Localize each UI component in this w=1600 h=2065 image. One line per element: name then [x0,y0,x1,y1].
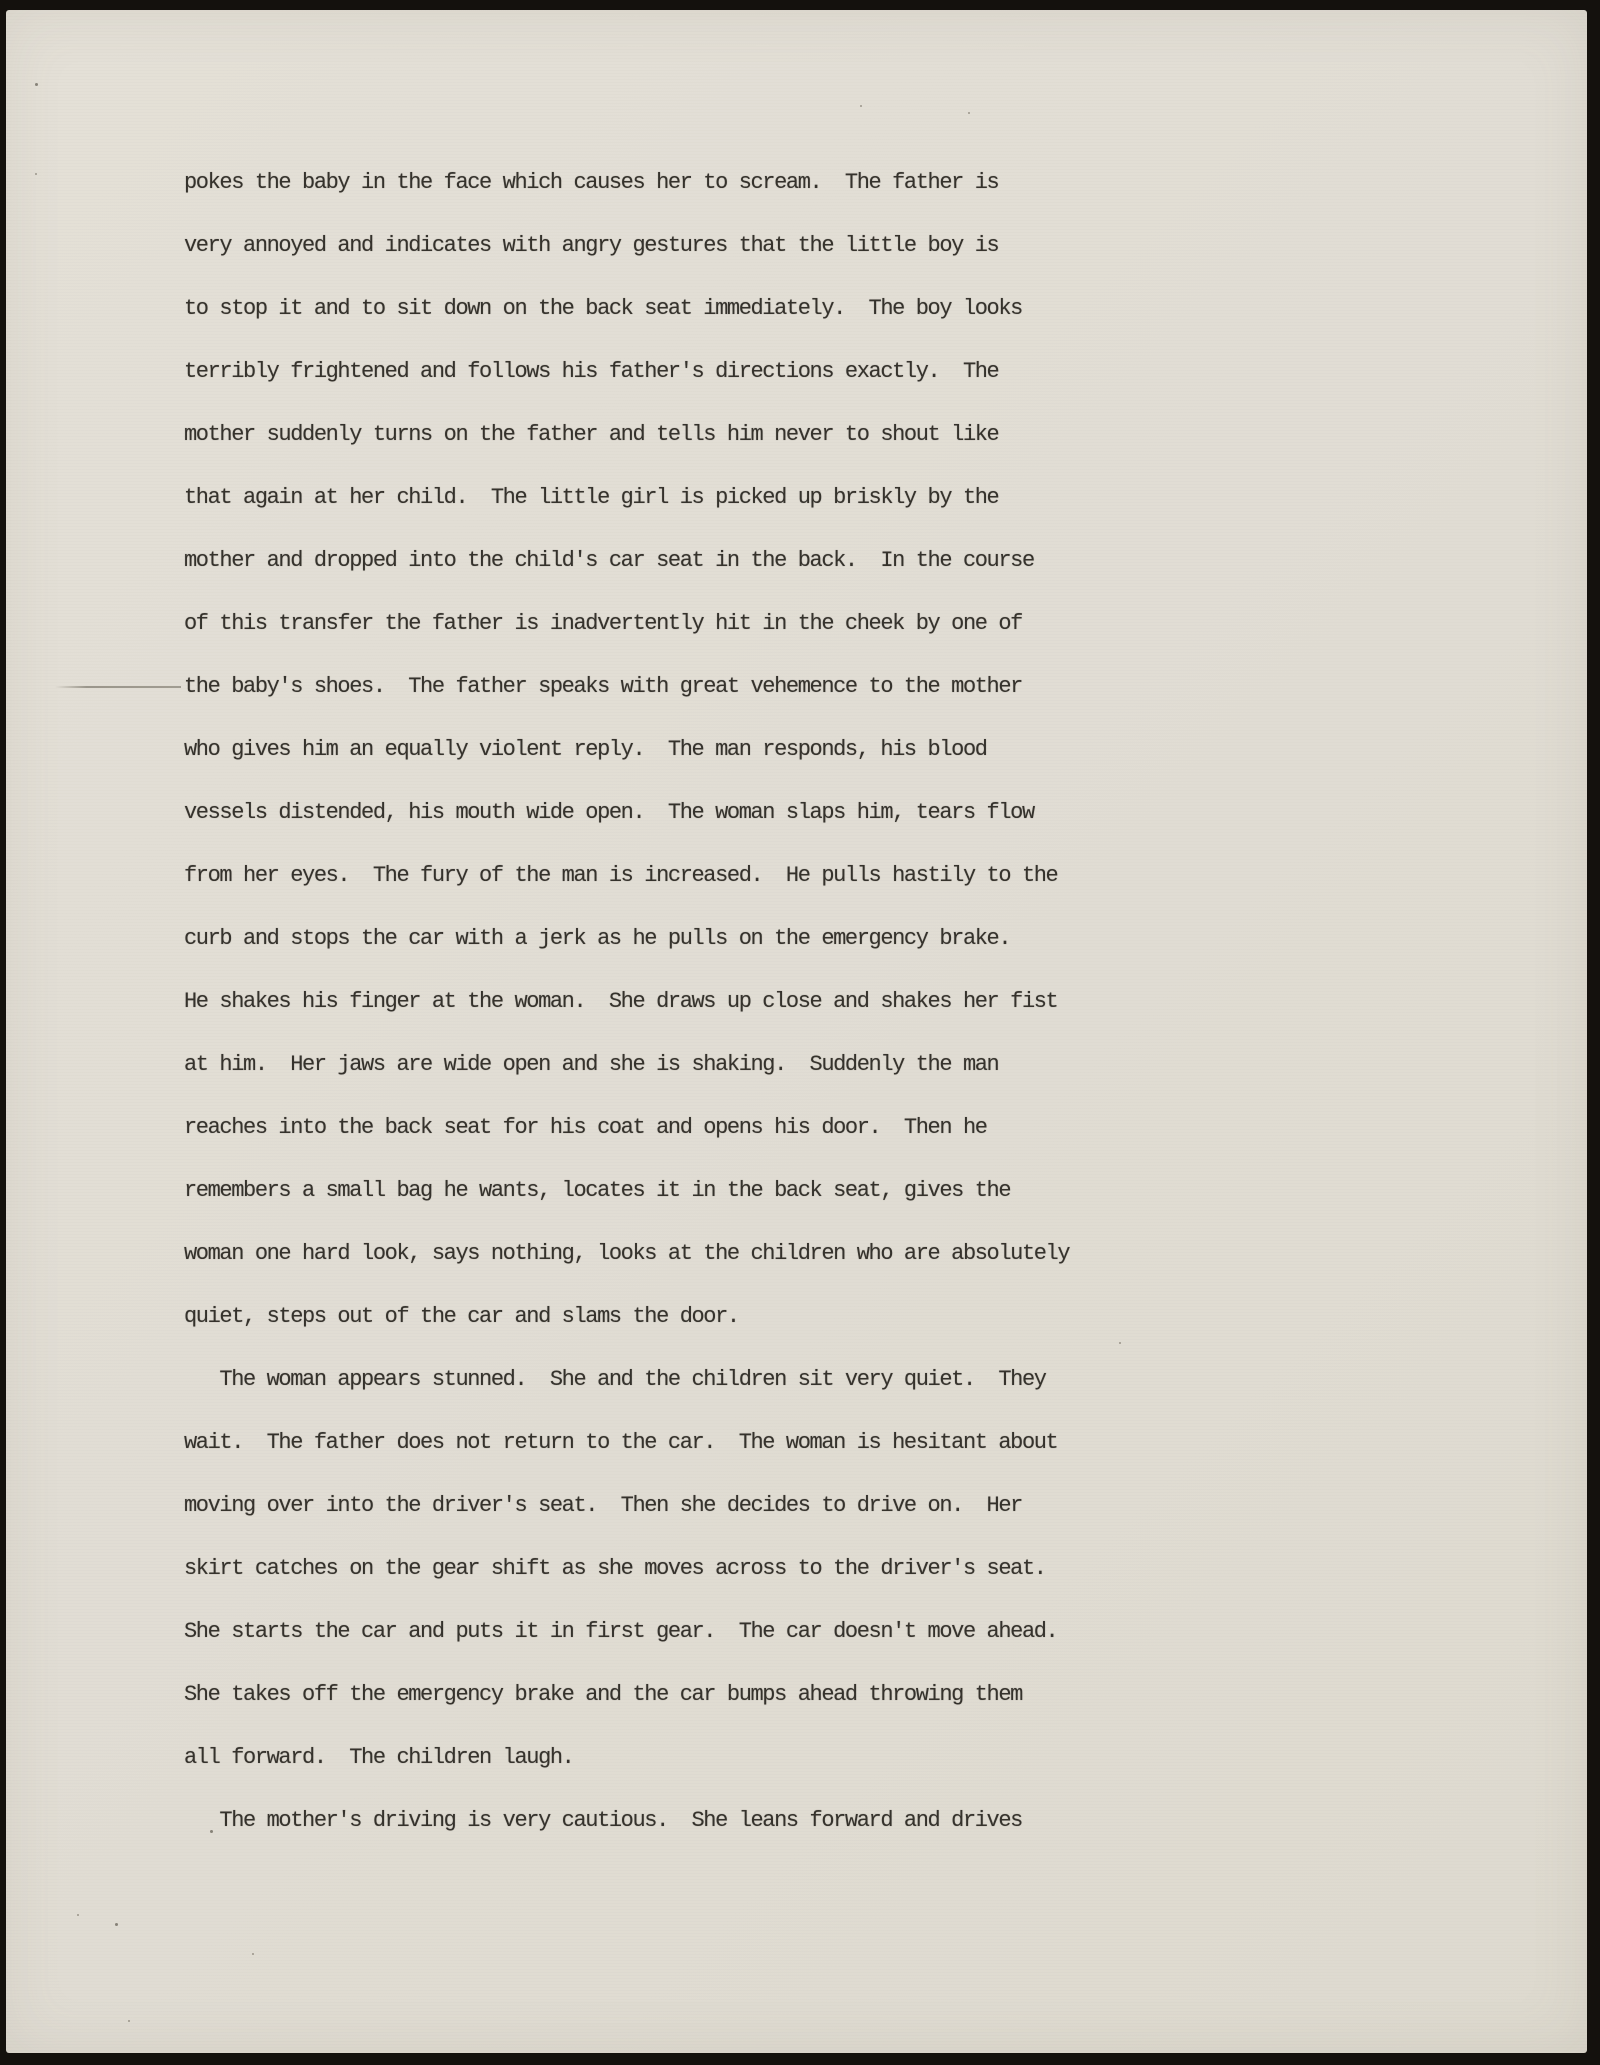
text-line: quiet, steps out of the car and slams th… [184,1285,1069,1348]
text-line: She starts the car and puts it in first … [184,1600,1069,1663]
paper-speck [35,83,38,86]
text-line: the baby's shoes. The father speaks with… [184,655,1069,718]
scan-background: { "page": { "paper_color": "#e1ddd4", "i… [0,0,1600,2065]
text-line: who gives him an equally violent reply. … [184,718,1069,781]
text-line: He shakes his finger at the woman. She d… [184,970,1069,1033]
text-line: to stop it and to sit down on the back s… [184,277,1069,340]
text-line: moving over into the driver's seat. Then… [184,1474,1069,1537]
text-line: wait. The father does not return to the … [184,1411,1069,1474]
paper-speck [128,2020,130,2022]
text-line: at him. Her jaws are wide open and she i… [184,1033,1069,1096]
text-line: She takes off the emergency brake and th… [184,1663,1069,1726]
text-line: remembers a small bag he wants, locates … [184,1159,1069,1222]
text-line: terribly frightened and follows his fath… [184,340,1069,403]
paper-speck [35,173,37,175]
text-line: from her eyes. The fury of the man is in… [184,844,1069,907]
text-line: mother and dropped into the child's car … [184,529,1069,592]
paper-speck [252,1953,254,1955]
text-line: The mother's driving is very cautious. S… [184,1789,1069,1852]
text-line: vessels distended, his mouth wide open. … [184,781,1069,844]
paper-speck [968,112,970,114]
paper-speck [115,1923,118,1926]
text-line: reaches into the back seat for his coat … [184,1096,1069,1159]
document-page: pokes the baby in the face which causes … [6,10,1587,2053]
paper-speck [860,105,862,107]
text-line: woman one hard look, says nothing, looks… [184,1222,1069,1285]
paper-speck [1119,1342,1121,1344]
text-line: skirt catches on the gear shift as she m… [184,1537,1069,1600]
text-line: all forward. The children laugh. [184,1726,1069,1789]
text-line: mother suddenly turns on the father and … [184,403,1069,466]
text-line: that again at her child. The little girl… [184,466,1069,529]
paper-speck [210,1830,213,1833]
text-line: of this transfer the father is inadverte… [184,592,1069,655]
scan-artifact-line [55,686,181,688]
typewritten-text: pokes the baby in the face which causes … [184,151,1069,1852]
text-line: pokes the baby in the face which causes … [184,151,1069,214]
paper-speck [77,1914,79,1916]
text-line: curb and stops the car with a jerk as he… [184,907,1069,970]
text-line: The woman appears stunned. She and the c… [184,1348,1069,1411]
text-line: very annoyed and indicates with angry ge… [184,214,1069,277]
